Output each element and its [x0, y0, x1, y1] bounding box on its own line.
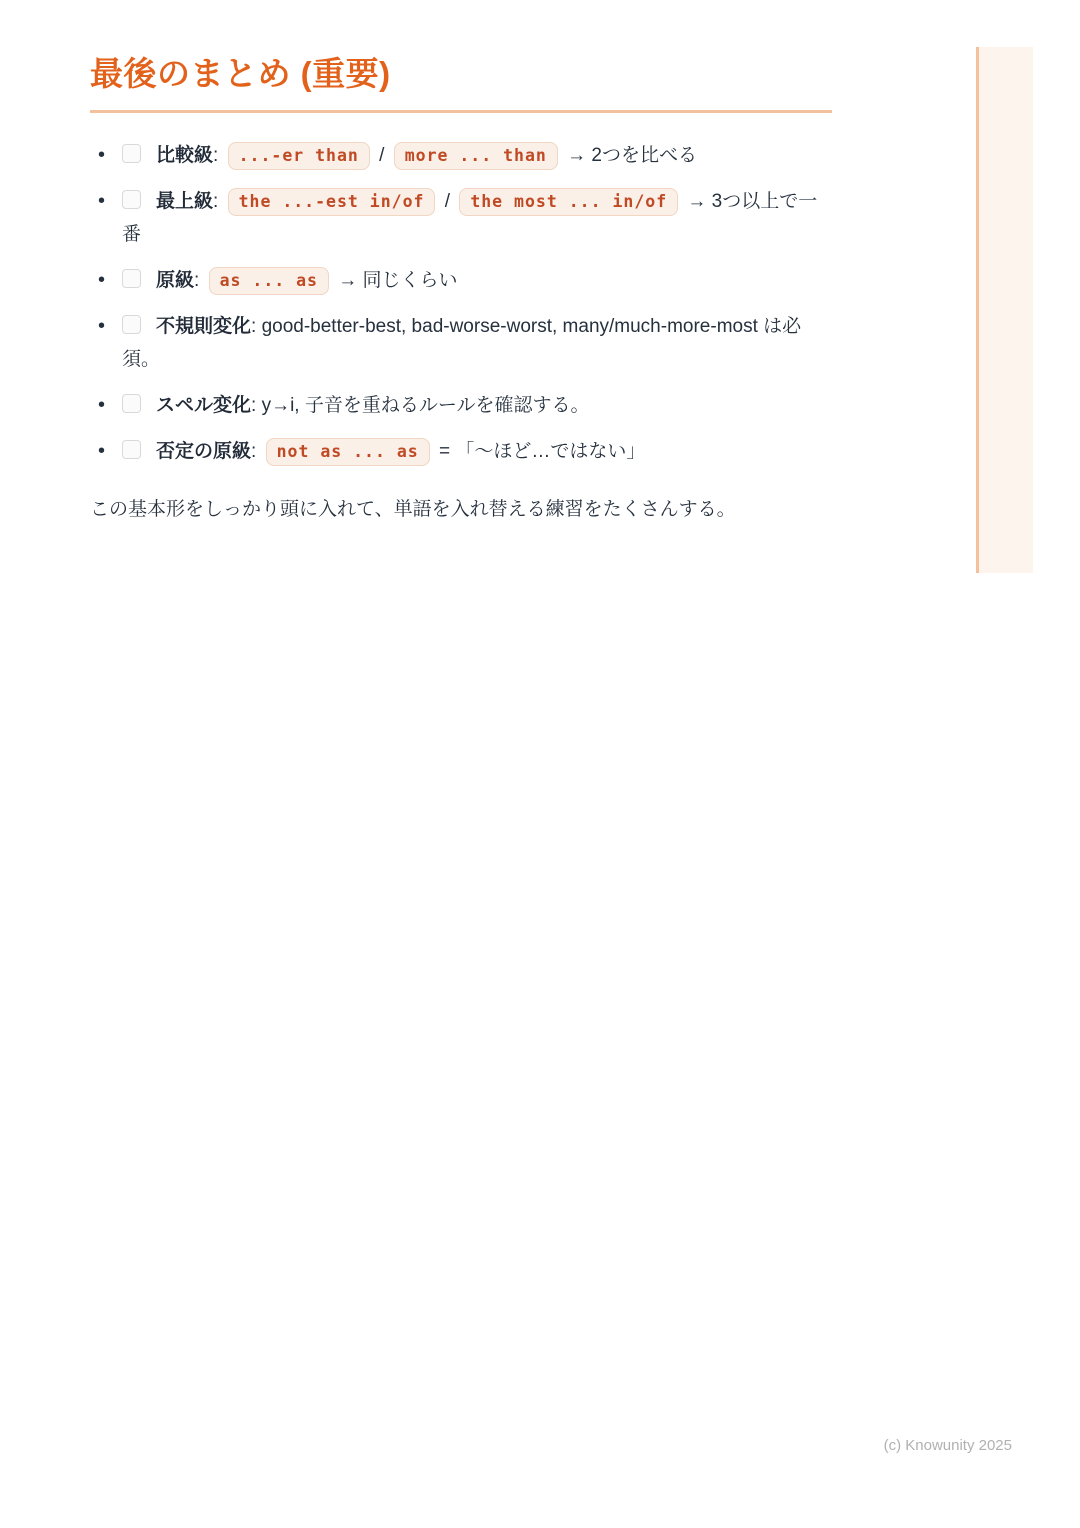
right-side-panel [976, 47, 1033, 573]
title-divider [90, 110, 832, 113]
item-text: / [374, 145, 390, 166]
footer-copyright: (c) Knowunity 2025 [884, 1437, 1012, 1454]
checkbox-unchecked[interactable] [122, 144, 141, 163]
code-chip: more ... than [394, 142, 558, 170]
list-item: 不規則変化: good-better-best, bad-worse-worst… [90, 310, 832, 376]
checkbox-unchecked[interactable] [122, 269, 141, 288]
item-label: 不規則変化 [156, 316, 251, 337]
code-chip: ...-er than [228, 142, 370, 170]
item-text: = 「〜ほど…ではない」 [434, 441, 646, 462]
item-label: 比較級 [156, 145, 213, 166]
list-item: 最上級: the ...-est in/of / the most ... in… [90, 185, 832, 251]
checkbox-unchecked[interactable] [122, 440, 141, 459]
checkbox-unchecked[interactable] [122, 394, 141, 413]
code-chip: the ...-est in/of [228, 188, 436, 216]
document-body: 最後のまとめ (重要) 比較級: ...-er than / more ... … [90, 54, 832, 526]
item-text: / [439, 191, 455, 212]
summary-list: 比較級: ...-er than / more ... than → 2つを比べ… [90, 139, 832, 468]
item-label: 原級 [156, 270, 194, 291]
code-chip: as ... as [209, 267, 329, 295]
checkbox-unchecked[interactable] [122, 190, 141, 209]
item-text: y→i, 子音を重ねるルールを確認する。 [262, 395, 590, 416]
code-chip: the most ... in/of [459, 188, 678, 216]
item-label: 最上級 [156, 191, 213, 212]
list-item: スペル変化: y→i, 子音を重ねるルールを確認する。 [90, 389, 832, 422]
item-label: 否定の原級 [156, 441, 251, 462]
item-text: → 2つを比べる [562, 145, 697, 166]
list-item: 否定の原級: not as ... as = 「〜ほど…ではない」 [90, 435, 832, 468]
list-item: 原級: as ... as → 同じくらい [90, 264, 832, 297]
item-label: スペル変化 [156, 395, 251, 416]
checkbox-unchecked[interactable] [122, 315, 141, 334]
code-chip: not as ... as [266, 438, 430, 466]
closing-note: この基本形をしっかり頭に入れて、単語を入れ替える練習をたくさんする。 [90, 493, 832, 526]
item-text: → 同じくらい [333, 270, 458, 291]
list-item: 比較級: ...-er than / more ... than → 2つを比べ… [90, 139, 832, 172]
page-title: 最後のまとめ (重要) [90, 54, 832, 94]
